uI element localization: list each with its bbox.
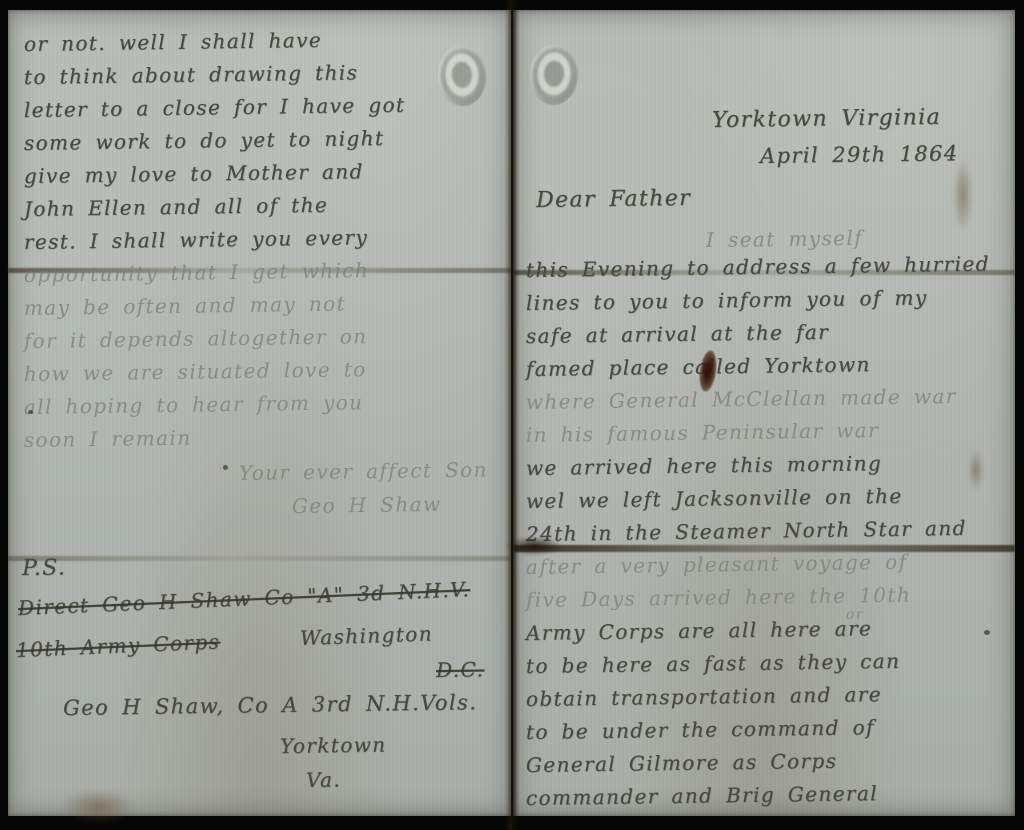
paper-speck [223, 465, 228, 470]
salutation: Dear Father [536, 188, 691, 212]
struck-corps-line: 10th Army Corps [16, 631, 221, 660]
embossed-seal-icon [528, 44, 579, 106]
paper-speck [28, 410, 33, 414]
letter-scan: or not. well I shall have to think about… [0, 0, 1024, 830]
handwritten-line: Geo H Shaw [292, 493, 488, 529]
struck-dc: D.C. [436, 659, 485, 680]
paper-stain [954, 160, 972, 230]
address-place: Yorktown [280, 735, 387, 756]
new-address-line: Geo H Shaw, Co A 3rd N.H.Vols. [63, 692, 478, 719]
address-state: Va. [306, 770, 341, 790]
handwritten-line: Your ever affect Son [239, 460, 488, 496]
address-city: Washington [300, 623, 434, 648]
paper-stain [969, 450, 983, 490]
struck-address-line: Direct Geo H Shaw Co "A" 3d N.H.V. [18, 579, 471, 618]
letter-page-left: or not. well I shall have to think about… [8, 10, 511, 816]
paper-speck [984, 630, 990, 635]
place-date-line: April 29th 1864 [760, 143, 959, 167]
handwritten-line: soon I remain [24, 424, 488, 463]
center-fold-stain [505, 536, 563, 556]
paper-stain [63, 790, 133, 824]
center-fold [505, 0, 519, 830]
letter-page-right: Yorktown Virginia April 29th 1864 Dear F… [513, 10, 1015, 816]
postscript-label: P.S. [22, 557, 67, 580]
fold-crease [8, 556, 511, 561]
handwritten-line: commander and Brig General [526, 782, 990, 821]
letter-body-left: or not. well I shall have to think about… [24, 34, 488, 529]
letter-body-right: this Evening to address a few hurried li… [526, 260, 990, 821]
place-date-line: Yorktown Virginia [712, 107, 941, 132]
faint-opening-line: I seat myself [706, 228, 863, 250]
interlinear-insertion: or [846, 608, 864, 622]
